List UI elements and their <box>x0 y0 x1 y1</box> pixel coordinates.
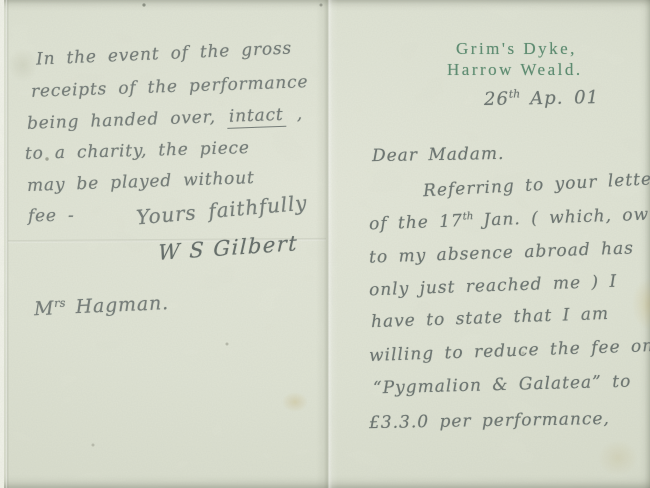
letterhead-line2: Harrow Weald. <box>447 60 583 80</box>
closing-line: Yours faithfully <box>135 191 308 230</box>
date-superscript: th <box>509 87 521 100</box>
paper-stain <box>598 440 638 476</box>
handwritten-line: being handed over, intact , <box>27 104 304 134</box>
handwritten-line: Referring to your letter <box>423 169 650 201</box>
handwritten-line: may be played without <box>27 168 255 196</box>
paper-specks <box>0 0 2 2</box>
handwritten-line: fee - <box>28 206 75 227</box>
handwritten-line: receipts of the performance <box>31 72 309 102</box>
paper-stain <box>282 392 308 412</box>
line-text: being handed over, <box>27 107 228 134</box>
paper-stain <box>8 48 38 82</box>
paper-left-edge-line <box>6 0 9 488</box>
handwritten-line: of the 17thJan. ( which, owing <box>369 204 650 235</box>
handwritten-line: “Pygmalion & Galatea” to <box>373 372 632 399</box>
handwritten-line: only just reached me ) I <box>369 272 618 301</box>
handwritten-line: In the event of the gross <box>36 38 293 69</box>
salutation-line: Dear Madam. <box>372 144 505 166</box>
handwritten-line: have to state that I am <box>371 304 610 332</box>
letterhead-line1: Grim's Dyke, <box>456 39 577 59</box>
line-text: of the 17 <box>369 211 463 234</box>
line-superscript: th <box>463 211 474 222</box>
paper-left-edge <box>0 0 4 488</box>
center-fold <box>316 0 338 488</box>
handwritten-line: £3.3.0 per performance, <box>369 409 610 433</box>
date-line: 26thAp. 01 <box>484 86 599 110</box>
signature: W S Gilbert <box>158 231 299 265</box>
addressee-line: MrsHagman. <box>34 291 170 320</box>
line-text: , <box>285 104 303 125</box>
letter-photo: In the event of the gross receipts of th… <box>0 0 650 488</box>
addressee-initial: M <box>34 297 55 320</box>
date-day: 26 <box>484 89 509 110</box>
handwritten-line: willing to reduce the fee on <box>369 336 650 366</box>
underlined-word: intact <box>227 105 286 129</box>
handwritten-line: to my absence abroad has <box>369 238 634 267</box>
paper-stain <box>632 278 650 330</box>
addressee-superscript: rs <box>54 296 66 310</box>
date-rest: Ap. 01 <box>530 87 599 109</box>
line-text: Jan. ( which, owing <box>483 204 650 231</box>
handwritten-line: to a charity, the piece <box>25 138 250 164</box>
addressee-name: Hagman. <box>75 292 169 318</box>
